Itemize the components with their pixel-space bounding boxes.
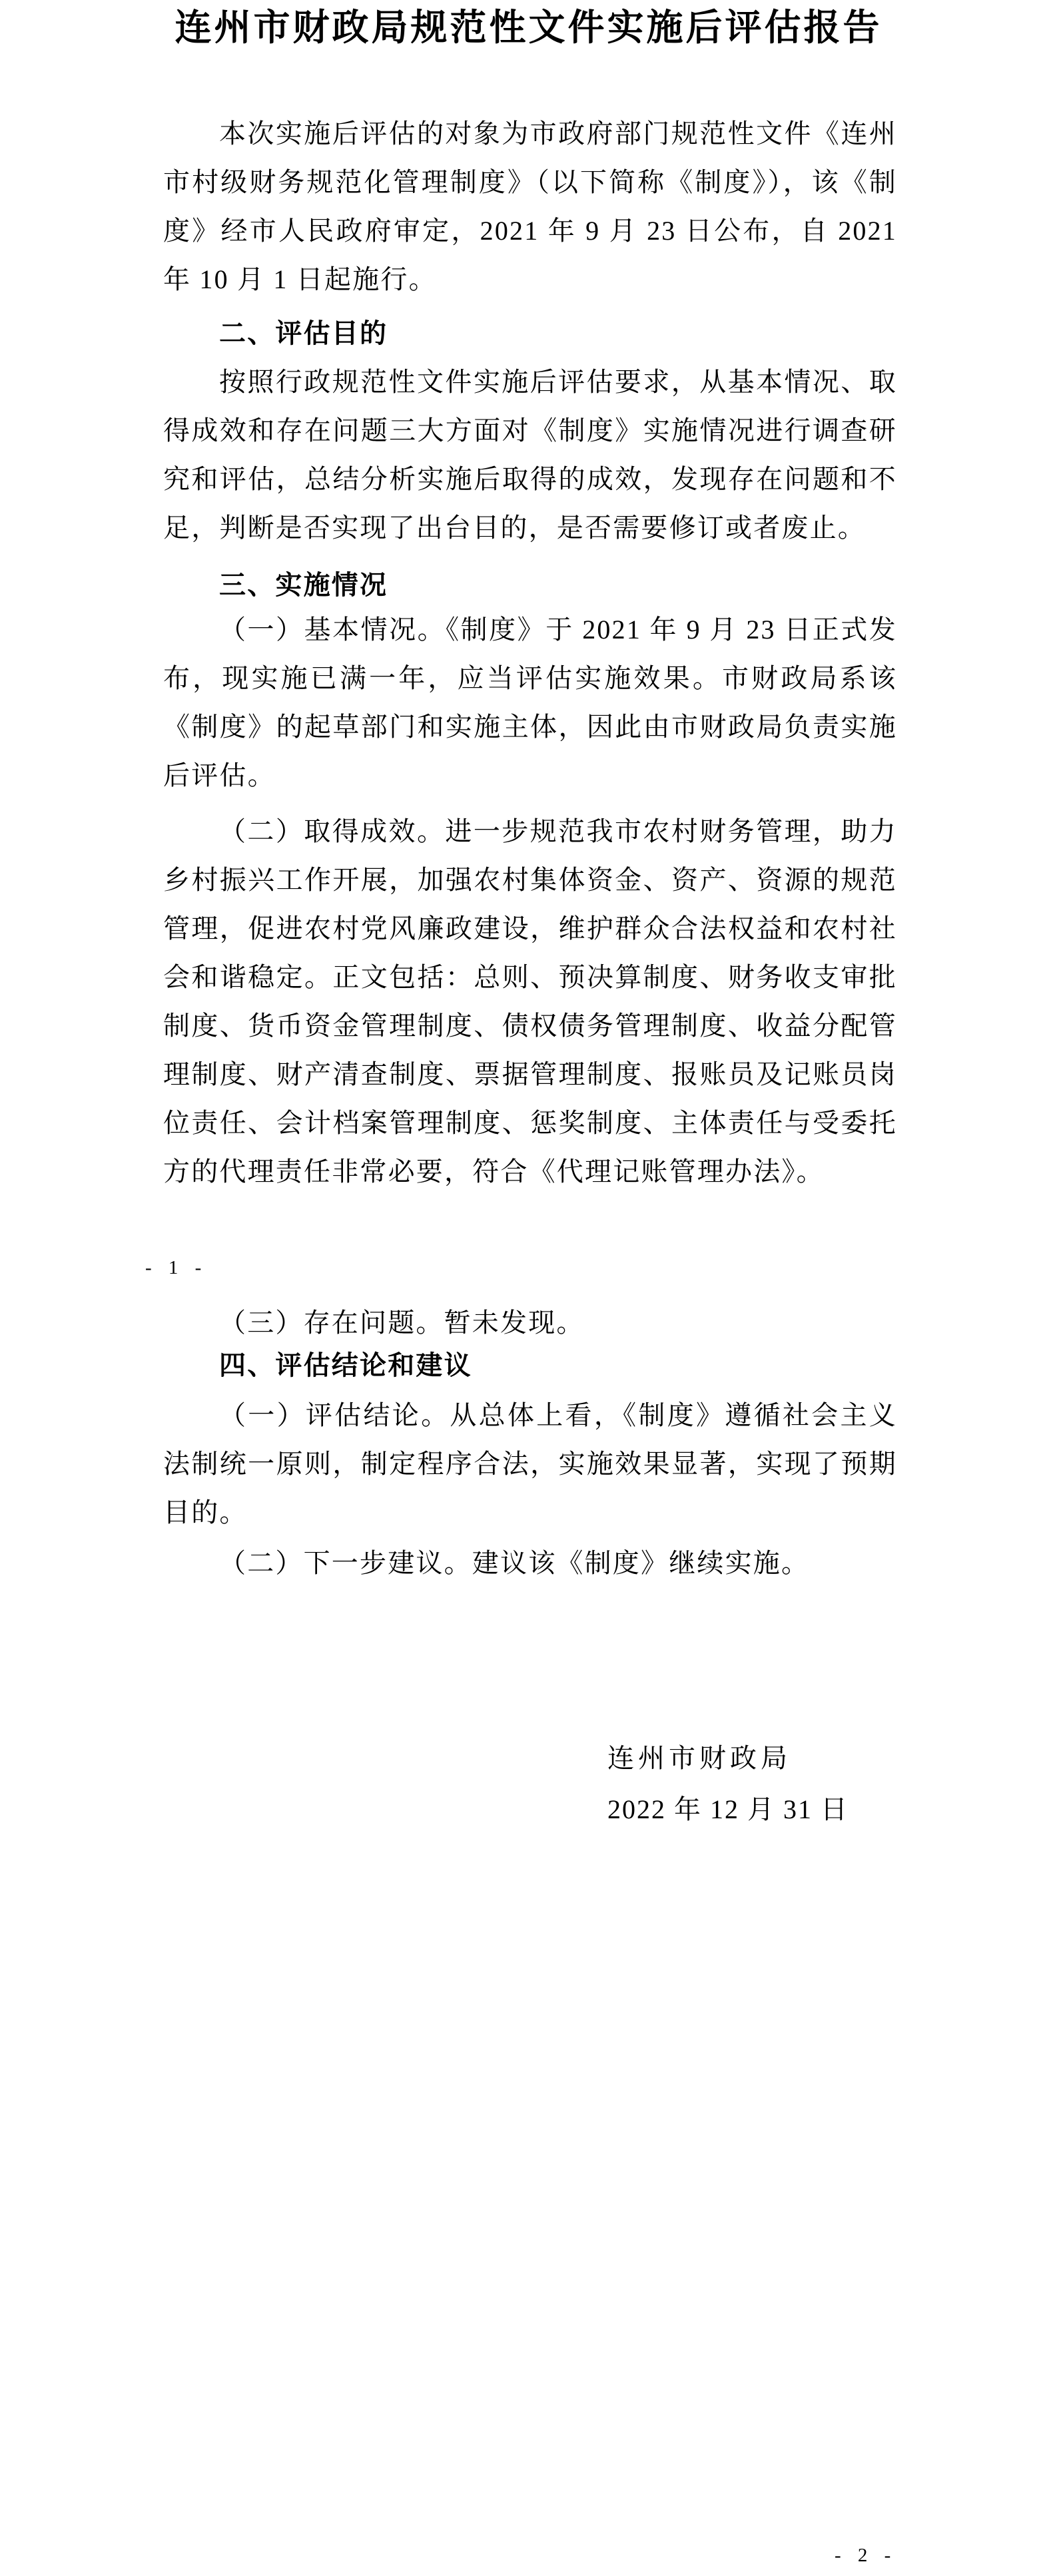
- document-page: 连州市财政局规范性文件实施后评估报告 本次实施后评估的对象为市政府部门规范性文件…: [0, 0, 1057, 2576]
- section-heading-evaluation-purpose: 二、评估目的: [163, 309, 897, 358]
- section-heading-conclusion: 四、评估结论和建议: [163, 1341, 897, 1390]
- page-2-footer-number: - 2 -: [835, 2542, 896, 2569]
- suggestion-paragraph: （二）下一步建议。建议该《制度》继续实施。: [163, 1539, 897, 1587]
- intro-paragraph: 本次实施后评估的对象为市政府部门规范性文件《连州市村级财务规范化管理制度》（以下…: [163, 109, 897, 304]
- problems-paragraph: （三）存在问题。暂未发现。: [163, 1298, 897, 1347]
- achievements-paragraph: （二）取得成效。进一步规范我市农村财务管理，助力乡村振兴工作开展，加强农村集体资…: [163, 807, 897, 1196]
- page-1-footer-number: - 1 -: [145, 1254, 207, 1281]
- signature-organization: 连州市财政局: [607, 1734, 791, 1782]
- evaluation-purpose-paragraph: 按照行政规范性文件实施后评估要求，从基本情况、取得成效和存在问题三大方面对《制度…: [163, 358, 897, 552]
- basic-situation-paragraph: （一）基本情况。《制度》于 2021 年 9 月 23 日正式发布，现实施已满一…: [163, 605, 897, 800]
- signature-date: 2022 年 12 月 31 日: [607, 1785, 849, 1834]
- document-title: 连州市财政局规范性文件实施后评估报告: [0, 7, 1057, 49]
- section-heading-implementation: 三、实施情况: [163, 561, 897, 609]
- conclusion-paragraph: （一）评估结论。从总体上看，《制度》遵循社会主义法制统一原则，制定程序合法，实施…: [163, 1391, 897, 1537]
